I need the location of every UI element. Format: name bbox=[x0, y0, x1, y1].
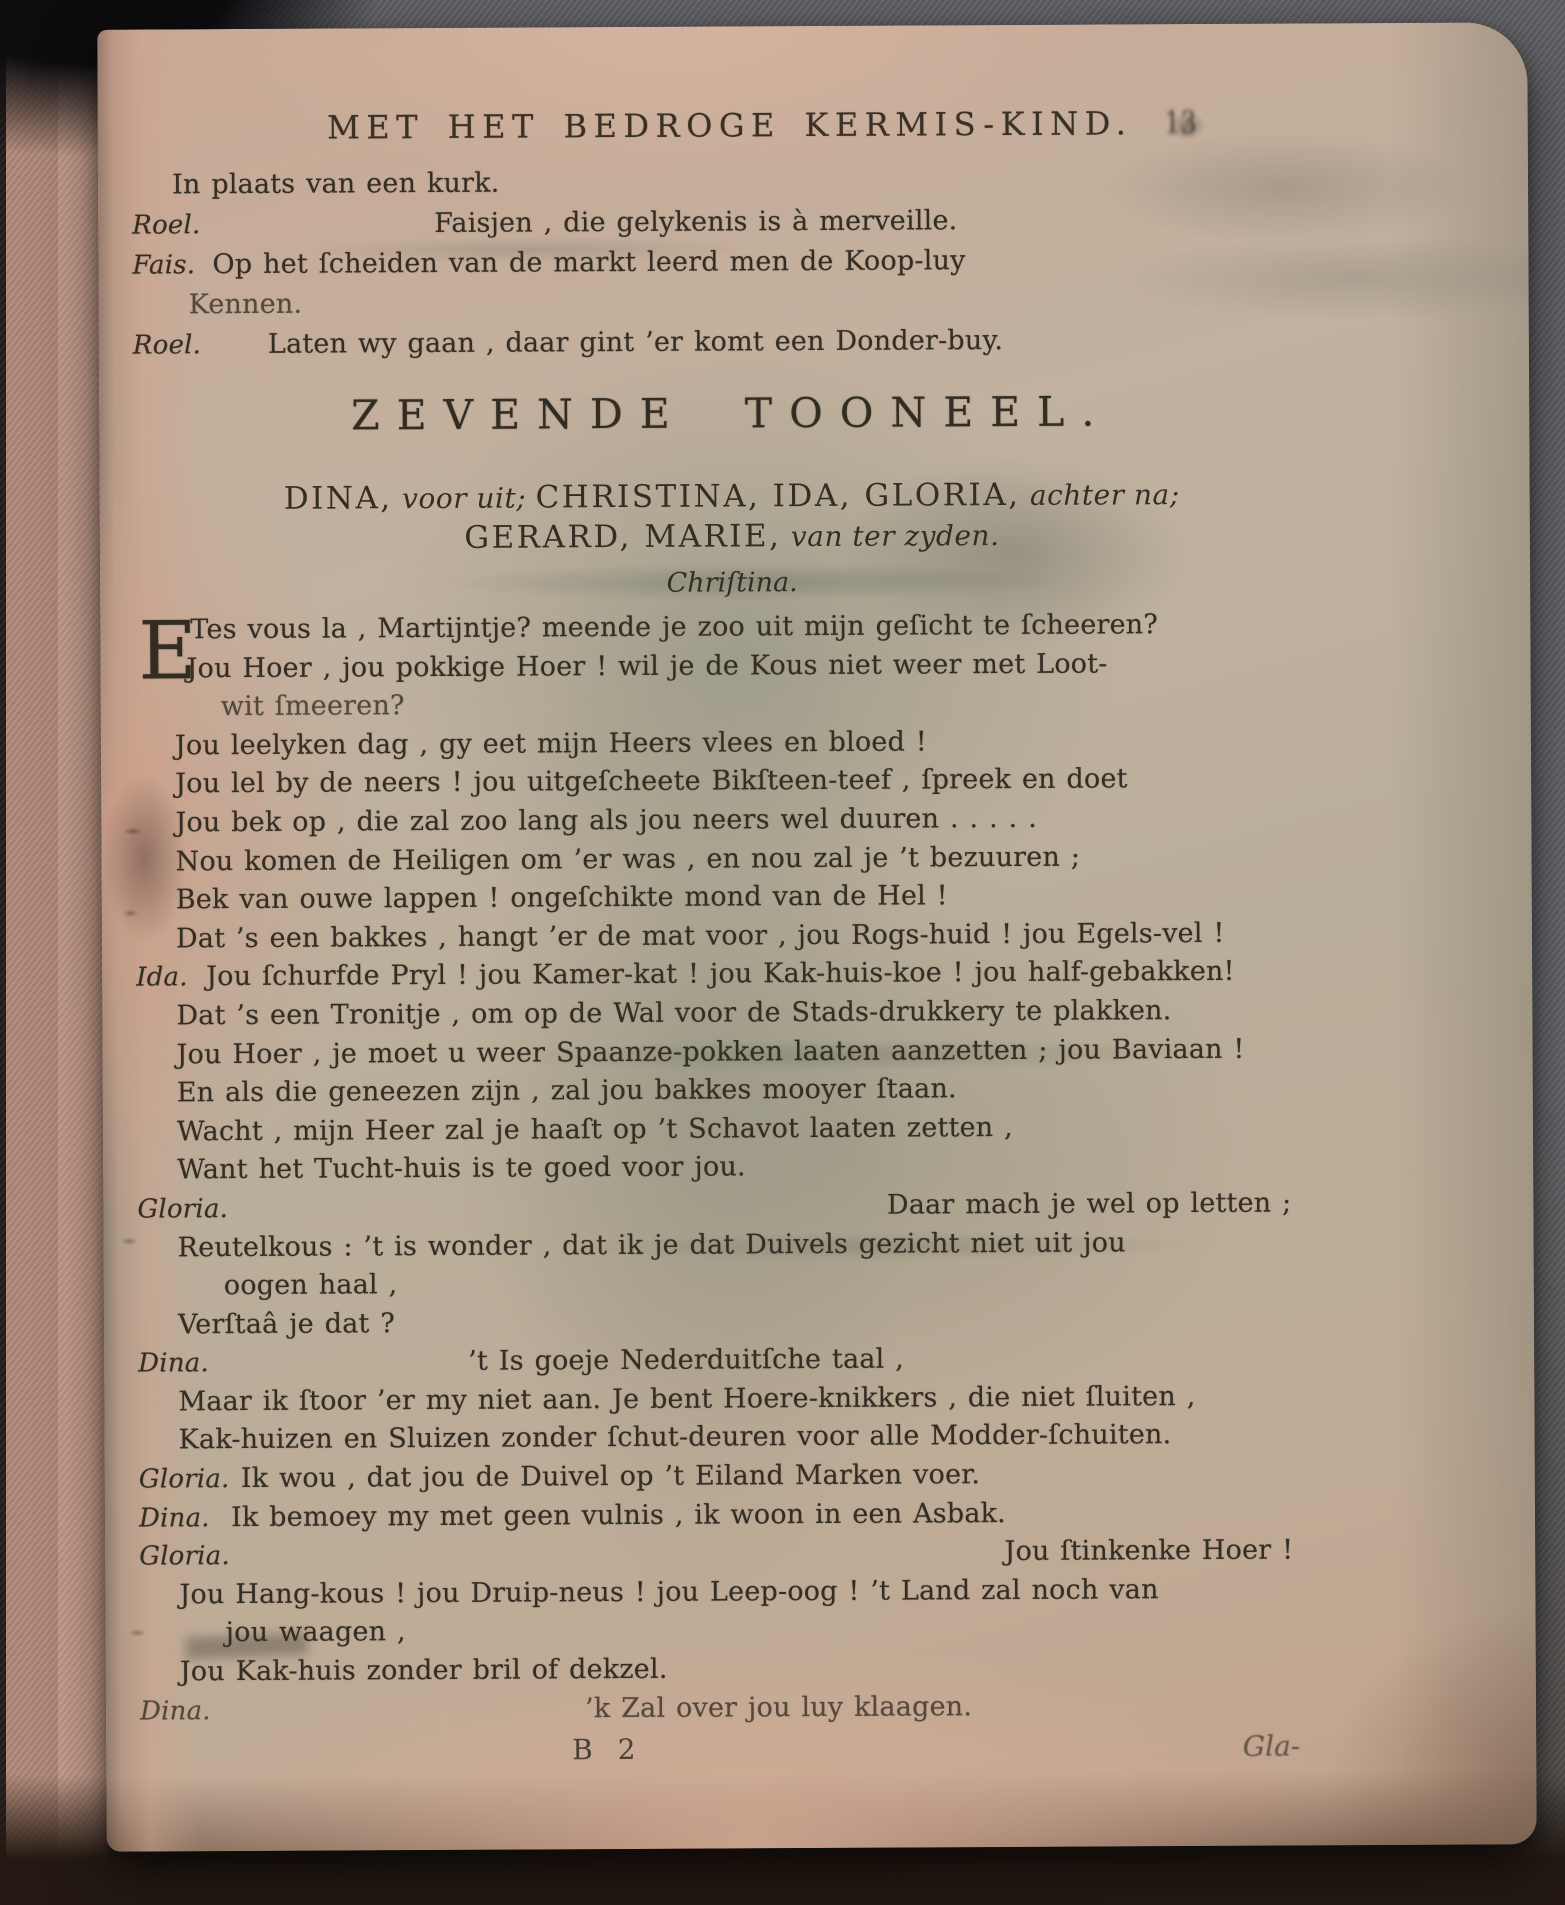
dialogue-line: Jou Hang-kous ! jou Druip-neus ! jou Lee… bbox=[179, 1570, 1295, 1614]
line-text: wit ſmeeren? bbox=[221, 687, 405, 727]
line-text: Jou Hoer , je moet u weer Spaanze-pokken… bbox=[177, 1030, 1245, 1074]
line-text: Jou Hang-kous ! jou Druip-neus ! jou Lee… bbox=[179, 1571, 1158, 1615]
line-text: Jou ſchurfde Pryl ! jou Kamer-kat ! jou … bbox=[206, 953, 1235, 997]
book-page: MET HET BEDROGE KERMIS-KIND. 13 In plaat… bbox=[97, 22, 1537, 1851]
dialogue-line: Fais.Op het ſcheiden van de markt leerd … bbox=[172, 240, 1288, 286]
dialogue-line: Dina.’t Is goeje Nederduitſche taal , bbox=[178, 1339, 1294, 1383]
line-text: Nou komen de Heiligen om ’er was , en no… bbox=[175, 838, 1080, 881]
cast-segment: van ter zyden. bbox=[781, 519, 999, 553]
dialogue-line: Gloria.Jou ſtinkenke Hoer ! bbox=[179, 1532, 1295, 1576]
dialogue-line: Nou komen de Heiligen om ’er was , en no… bbox=[175, 837, 1291, 881]
speaker-label: Ida. bbox=[136, 959, 188, 998]
line-text: Jou Hoer , jou pokkige Hoer ! wil je de … bbox=[186, 645, 1107, 688]
dialogue-line: Kennen. bbox=[173, 280, 1289, 326]
dialogue-line: Wacht , mijn Heer zal je haaſt op ’t Sch… bbox=[177, 1107, 1293, 1151]
printed-text-block: MET HET BEDROGE KERMIS-KIND. 13 In plaat… bbox=[172, 104, 1297, 1773]
dialogue-line: Dat ’s een bakkes , hangt ’er de mat voo… bbox=[176, 914, 1292, 958]
dialogue-line: Verſtaâ je dat ? bbox=[178, 1300, 1294, 1344]
line-text: Jou lel by de neers ! jou uitgeſcheete B… bbox=[175, 761, 1128, 805]
dialogue-line: Tes vous la , Martijntje? meende je zoo … bbox=[174, 606, 1290, 650]
line-text: Laten wy gaan , daar gint ’er komt een D… bbox=[268, 321, 1003, 365]
speaker-label: Roel. bbox=[133, 325, 201, 365]
dialogue-line: Jou Hoer , je moet u weer Spaanze-pokken… bbox=[177, 1030, 1293, 1074]
dialogue-line: Dina.Ik bemoey my met geen vulnis , ik w… bbox=[179, 1493, 1295, 1537]
dialogue-line: Jou bek op , die zal zoo lang als jou ne… bbox=[175, 798, 1291, 842]
dialogue-line: wit ſmeeren? bbox=[175, 683, 1291, 727]
dialogue-line: Gloria.Daar mach je wel op letten ; bbox=[177, 1184, 1293, 1228]
book-photo: MET HET BEDROGE KERMIS-KIND. 13 In plaat… bbox=[0, 0, 1565, 1905]
line-text: Op het ſcheiden van de markt leerd men d… bbox=[212, 241, 965, 285]
dialogue-line: In plaats van een kurk. bbox=[172, 160, 1288, 206]
line-text: Jou ſtinkenke Hoer ! bbox=[1004, 1532, 1293, 1572]
dialogue-line: oogen haal , bbox=[178, 1262, 1294, 1306]
line-text: In plaats van een kurk. bbox=[172, 164, 500, 206]
line-text: Kak-huizen en Sluizen zonder ſchut-deure… bbox=[179, 1417, 1172, 1461]
page-footer: B 2 Gla- bbox=[180, 1727, 1296, 1773]
line-text: Dat ’s een bakkes , hangt ’er de mat voo… bbox=[176, 915, 1225, 959]
cast-line-1: DINA, voor uit; CHRISTINA, IDA, GLORIA, … bbox=[174, 474, 1290, 520]
pre-scene-dialogue: In plaats van een kurk.Roel.Faisjen , di… bbox=[172, 160, 1289, 366]
line-text: Jou leelyken dag , gy eet mijn Heers vle… bbox=[175, 723, 927, 766]
speaker-label: Gloria. bbox=[139, 1537, 230, 1576]
dialogue-line: En als die geneezen zijn , zal jou bakke… bbox=[177, 1069, 1293, 1113]
dialogue-block: E Tes vous la , Martijntje? meende je zo… bbox=[174, 606, 1296, 1731]
page-number: 13 bbox=[1164, 104, 1197, 142]
running-title: MET HET BEDROGE KERMIS-KIND. bbox=[327, 104, 1132, 146]
speaker-christina: Chriſtina. bbox=[174, 560, 1290, 608]
line-text: Jou bek op , die zal zoo lang als jou ne… bbox=[175, 800, 1037, 843]
dialogue-line: Gloria.Ik wou , dat jou de Duivel op ’t … bbox=[179, 1455, 1295, 1499]
line-text: Maar ik ſtoor ’er my niet aan. Je bent H… bbox=[178, 1378, 1195, 1422]
line-text: Tes vous la , Martijntje? meende je zoo … bbox=[190, 606, 1158, 650]
signature-mark: B 2 bbox=[572, 1730, 644, 1770]
line-text: Faisjen , die gelykenis is à merveille. bbox=[434, 201, 957, 244]
dialogue-line: Want het Tucht-huis is te goed voor jou. bbox=[177, 1146, 1293, 1190]
line-text: Bek van ouwe lappen ! ongeſchikte mond v… bbox=[176, 877, 948, 920]
page-header: MET HET BEDROGE KERMIS-KIND. 13 bbox=[172, 104, 1288, 148]
cast-segment: DINA, bbox=[284, 480, 393, 517]
dialogue-line: Jou lel by de neers ! jou uitgeſcheete B… bbox=[175, 760, 1291, 804]
line-text: ’t Is goeje Nederduitſche taal , bbox=[468, 1341, 904, 1382]
cast-segment: voor uit; bbox=[393, 481, 536, 515]
dialogue-line: Dat ’s een Tronitje , om op de Wal voor … bbox=[176, 991, 1292, 1035]
line-text: En als die geneezen zijn , zal jou bakke… bbox=[177, 1070, 957, 1113]
speaker-label: Dina. bbox=[139, 1499, 210, 1538]
dialogue-line: Roel.Laten wy gaan , daar gint ’er komt … bbox=[173, 320, 1289, 366]
dialogue-line: Roel.Faisjen , die gelykenis is à mervei… bbox=[172, 200, 1288, 246]
dialogue-line: Jou Hoer , jou pokkige Hoer ! wil je de … bbox=[174, 644, 1290, 688]
line-text: oogen haal , bbox=[224, 1266, 398, 1306]
dialogue-line: Bek van ouwe lappen ! ongeſchikte mond v… bbox=[176, 876, 1292, 920]
dialogue-line: Maar ik ſtoor ’er my niet aan. Je bent H… bbox=[178, 1377, 1294, 1421]
dialogue-line: Jou Kak-huis zonder bril of dekzel. bbox=[180, 1648, 1296, 1692]
line-text: Wacht , mijn Heer zal je haaſt op ’t Sch… bbox=[177, 1109, 1013, 1152]
speaker-label: Gloria. bbox=[139, 1460, 230, 1499]
line-text: Dat ’s een Tronitje , om op de Wal voor … bbox=[176, 992, 1171, 1036]
line-text: Ik wou , dat jou de Duivel op ’t Eiland … bbox=[241, 1456, 981, 1498]
line-text: Ik bemoey my met geen vulnis , ik woon i… bbox=[231, 1495, 1006, 1538]
line-text: Verſtaâ je dat ? bbox=[178, 1305, 395, 1345]
line-text: Reutelkous : ’t is wonder , dat ik je da… bbox=[178, 1224, 1126, 1268]
line-text: Want het Tucht-huis is te goed voor jou. bbox=[177, 1149, 746, 1191]
line-text: jou waagen , bbox=[226, 1614, 406, 1654]
dialogue-line: Dina.’k Zal over jou luy klaagen. bbox=[180, 1686, 1296, 1730]
speaker-label: Roel. bbox=[132, 205, 200, 245]
cast-segment: achter na; bbox=[1020, 478, 1179, 512]
line-text: Kennen. bbox=[189, 285, 303, 326]
dialogue-line: jou waagen , bbox=[180, 1609, 1296, 1653]
scene-heading: ZEVENDE TOONEEL. bbox=[173, 386, 1289, 442]
speaker-label: Dina. bbox=[140, 1692, 211, 1731]
speaker-label: Fais. bbox=[132, 245, 195, 285]
cast-line-2: GERARD, MARIE, van ter zyden. bbox=[174, 514, 1290, 560]
line-text: Jou Kak-huis zonder bril of dekzel. bbox=[180, 1651, 668, 1692]
dialogue-line: Reutelkous : ’t is wonder , dat ik je da… bbox=[178, 1223, 1294, 1267]
speaker-label: Dina. bbox=[138, 1344, 209, 1383]
cast-segment: GERARD, MARIE, bbox=[464, 518, 781, 556]
dialogue-line: Jou leelyken dag , gy eet mijn Heers vle… bbox=[175, 721, 1291, 765]
dialogue-line: Kak-huizen en Sluizen zonder ſchut-deure… bbox=[179, 1416, 1295, 1460]
line-text: ’k Zal over jou luy klaagen. bbox=[585, 1688, 972, 1729]
catchword: Gla- bbox=[1243, 1727, 1301, 1767]
cast-segment: CHRISTINA, IDA, GLORIA, bbox=[535, 477, 1020, 516]
dialogue-line: Ida.Jou ſchurfde Pryl ! jou Kamer-kat ! … bbox=[176, 953, 1292, 997]
line-text: Daar mach je wel op letten ; bbox=[887, 1184, 1292, 1225]
speaker-label: Gloria. bbox=[137, 1190, 228, 1229]
